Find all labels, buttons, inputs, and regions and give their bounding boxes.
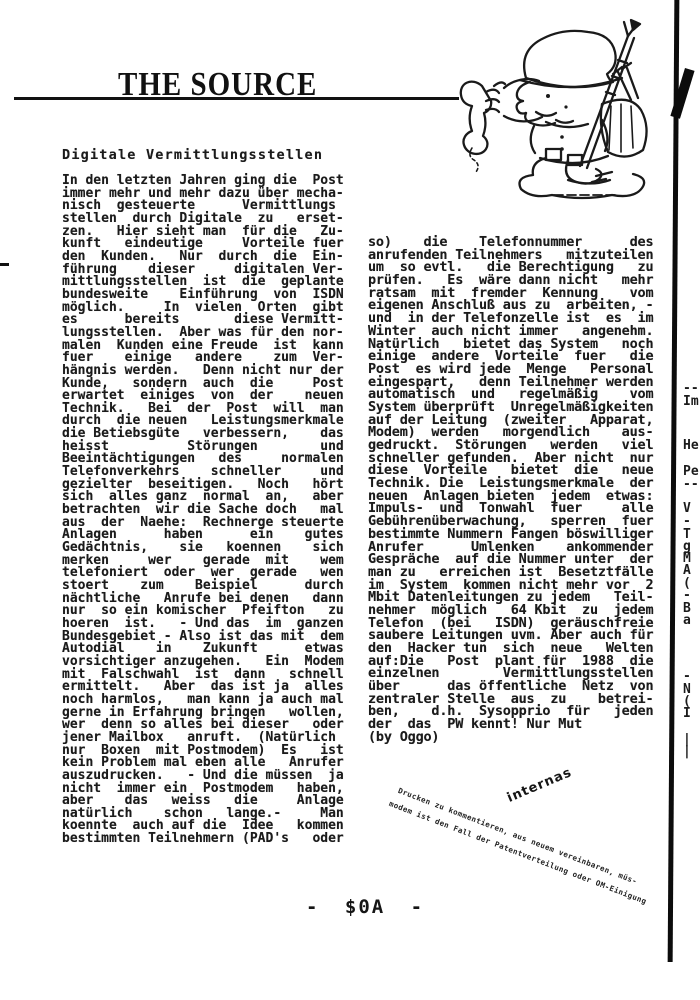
- soldier-phone-cartoon: [450, 8, 655, 203]
- edge-fragment: He: [683, 438, 699, 453]
- edge-fragment: |: [683, 744, 691, 759]
- internas-label: internas: [505, 765, 574, 806]
- edge-fragment: Im: [683, 394, 699, 409]
- rotated-stamp-text-line2: modem ist den Fall der Patentverteilung …: [388, 799, 648, 906]
- edge-fragment: --: [683, 477, 699, 492]
- edge-fragment: a: [683, 613, 691, 628]
- edge-fragment: I: [683, 706, 691, 721]
- page-crease-line: [668, 0, 680, 962]
- text-line: bestimmten Teilnehmern (PAD's oder: [62, 833, 344, 846]
- article-right-column: so) die Telefonnummer desanrufenden Teil…: [368, 236, 653, 744]
- next-page-edge-fragments: --ImHePe--V-TgMA(-Ba-N(I||: [683, 0, 700, 1000]
- page-number: - $0A -: [306, 896, 424, 918]
- masthead-rule: [14, 97, 459, 100]
- article-left-column: In den letzten Jahren ging die Postimmer…: [62, 175, 344, 846]
- article-title: Digitale Vermittlungsstellen: [62, 147, 323, 163]
- left-edge-print-mark: [0, 263, 9, 266]
- text-line: (by Oggo): [368, 731, 653, 744]
